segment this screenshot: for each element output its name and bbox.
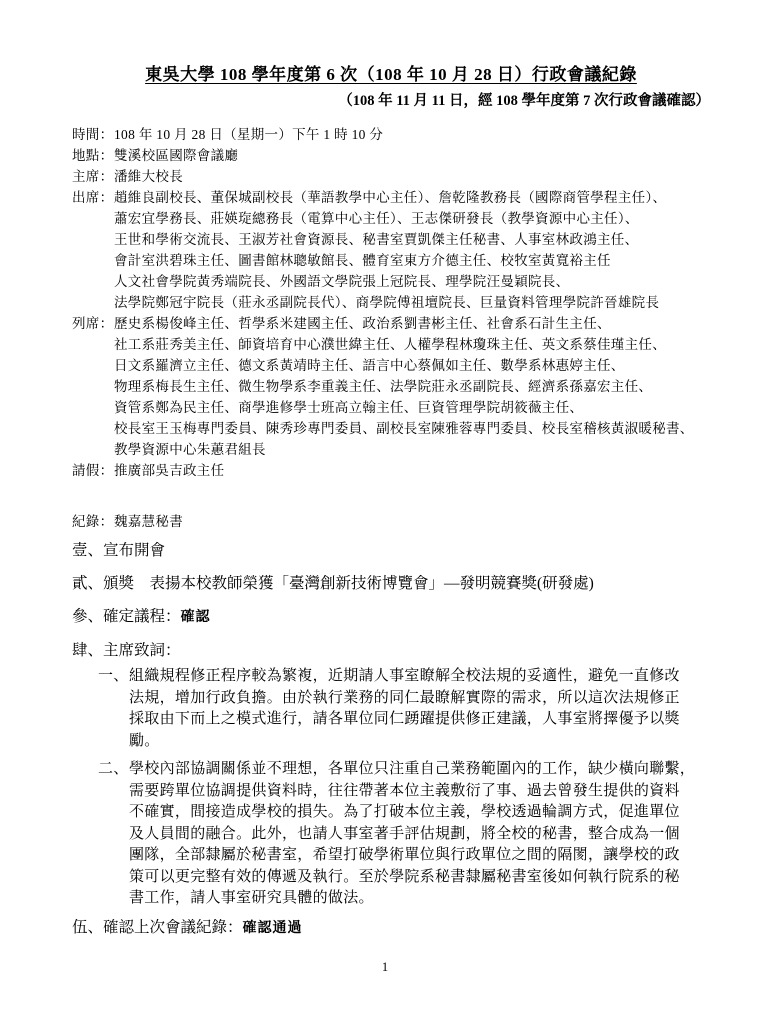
info-observers-label: 列席：	[72, 313, 114, 334]
agenda-item-5: 伍、確認上次會議紀錄：確認通過	[72, 917, 710, 940]
agenda-item-5-number: 伍、	[72, 919, 103, 936]
confirmation-note: （108 年 11 月 11 日，經 108 學年度第 7 次行政會議確認）	[72, 91, 710, 111]
info-chair-label: 主席：	[72, 166, 114, 187]
agenda-item-3-text: 確定議程：	[103, 608, 181, 625]
speech-paragraph-1: 一、 組織規程修正程序較為繁複，近期請人事室瞭解全校法規的妥適性，避免一直修改 …	[98, 666, 710, 752]
info-time-value: 108 年 10 月 28 日（星期一）下午 1 時 10 分	[114, 124, 710, 145]
paragraph-1-number: 一、	[98, 666, 129, 688]
observers-line: 社工系莊秀美主任、師資培育中心濮世緯主任、人權學程林瓊珠主任、英文系蔡佳瑾主任、	[114, 334, 710, 355]
info-location-value: 雙溪校區國際會議廳	[114, 145, 710, 166]
paragraph-line: 勵。	[129, 731, 710, 753]
agenda-item-5-result: 確認通過	[243, 921, 303, 936]
info-leave-row: 請假： 推廣部吳吉政主任	[72, 460, 710, 481]
paragraph-2-number: 二、	[98, 759, 129, 781]
paragraph-line: 採取由下而上之模式進行，請各單位同仁踴躍提供修正建議，人事室將擇優予以獎	[129, 709, 710, 731]
info-recorder-value: 魏嘉慧秘書	[114, 511, 710, 532]
info-location-row: 地點： 雙溪校區國際會議廳	[72, 145, 710, 166]
agenda-item-3-number: 參、	[72, 608, 103, 625]
info-attendees-row: 出席： 趙維良副校長、董保城副校長（華語教學中心主任）、詹乾隆教務長（國際商管學…	[72, 187, 710, 313]
paragraph-line: 不確實，間接造成學校的損失。為了打破本位主義，學校透過輪調方式，促進單位	[129, 802, 710, 824]
attendees-line: 趙維良副校長、董保城副校長（華語教學中心主任）、詹乾隆教務長（國際商管學程主任）…	[114, 187, 710, 208]
attendees-line: 會計室洪碧珠主任、圖書館林聰敏館長、體育室東方介德主任、校牧室黃寬裕主任	[114, 250, 710, 271]
observers-line: 日文系羅濟立主任、德文系黃靖時主任、語言中心蔡佩如主任、數學系林惠婷主任、	[114, 355, 710, 376]
page-number: 1	[0, 960, 770, 975]
info-location-label: 地點：	[72, 145, 114, 166]
speech-paragraph-2: 二、 學校內部協調關係並不理想，各單位只注重自己業務範圍內的工作，缺少橫向聯繫，…	[98, 759, 710, 910]
agenda-item-2-text: 頒獎 表揚本校教師榮獲「臺灣創新技術博覽會」—發明競賽獎(研發處)	[103, 575, 594, 592]
paragraph-line: 團隊，全部隸屬於秘書室，希望打破學術單位與行政單位之間的隔閡，讓學校的政	[129, 845, 710, 867]
agenda-item-2: 貳、頒獎 表揚本校教師榮獲「臺灣創新技術博覽會」—發明競賽獎(研發處)	[72, 573, 710, 595]
document-content: 東吳大學 108 學年度第 6 次（108 年 10 月 28 日）行政會議紀錄…	[72, 0, 710, 940]
agenda-item-1: 壹、宣布開會	[72, 540, 710, 562]
agenda-item-1-number: 壹、	[72, 542, 103, 559]
info-chair-row: 主席： 潘維大校長	[72, 166, 710, 187]
attendees-line: 人文社會學院黃秀端院長、外國語文學院張上冠院長、理學院汪曼穎院長、	[114, 271, 710, 292]
document-page: 東吳大學 108 學年度第 6 次（108 年 10 月 28 日）行政會議紀錄…	[0, 0, 770, 1024]
agenda-item-5-text: 確認上次會議紀錄：	[103, 919, 243, 936]
info-time-row: 時間： 108 年 10 月 28 日（星期一）下午 1 時 10 分	[72, 124, 710, 145]
document-title: 東吳大學 108 學年度第 6 次（108 年 10 月 28 日）行政會議紀錄	[72, 64, 710, 86]
info-leave-value: 推廣部吳吉政主任	[114, 460, 710, 481]
info-recorder-row: 紀錄： 魏嘉慧秘書	[72, 511, 710, 532]
info-chair-value: 潘維大校長	[114, 166, 710, 187]
paragraph-line: 策可以更完整有效的傳遞及執行。至於學院系秘書隸屬秘書室後如何執行院系的秘	[129, 867, 710, 889]
info-time-label: 時間：	[72, 124, 114, 145]
paragraph-1-lines: 組織規程修正程序較為繁複，近期請人事室瞭解全校法規的妥適性，避免一直修改 法規，…	[129, 666, 710, 752]
meeting-info: 時間： 108 年 10 月 28 日（星期一）下午 1 時 10 分 地點： …	[72, 124, 710, 532]
observers-line: 歷史系楊俊峰主任、哲學系米建國主任、政治系劉書彬主任、社會系石計生主任、	[114, 313, 710, 334]
agenda-section: 壹、宣布開會 貳、頒獎 表揚本校教師榮獲「臺灣創新技術博覽會」—發明競賽獎(研發…	[72, 540, 710, 940]
info-attendees-label: 出席：	[72, 187, 114, 208]
paragraph-line: 及人員間的融合。此外，也請人事室著手評估規劃，將全校的秘書，整合成為一個	[129, 824, 710, 846]
paragraph-line: 書工作，請人事室研究具體的做法。	[129, 888, 710, 910]
chair-speech: 一、 組織規程修正程序較為繁複，近期請人事室瞭解全校法規的妥適性，避免一直修改 …	[72, 666, 710, 910]
agenda-item-3-result: 確認	[181, 610, 211, 625]
agenda-item-4: 肆、主席致詞：	[72, 640, 710, 662]
paragraph-line: 需要跨單位協調提供資料時，往往帶著本位主義敷衍了事、過去曾發生提供的資料	[129, 781, 710, 803]
attendees-line: 蕭宏宜學務長、莊媖琁總務長（電算中心主任）、王志傑研發長（教學資源中心主任）、	[114, 208, 710, 229]
agenda-item-3: 參、確定議程：確認	[72, 606, 710, 629]
info-recorder-label: 紀錄：	[72, 511, 114, 532]
agenda-item-4-text: 主席致詞：	[103, 642, 181, 659]
paragraph-line: 學校內部協調關係並不理想，各單位只注重自己業務範圍內的工作，缺少橫向聯繫，	[129, 759, 710, 781]
attendees-list: 趙維良副校長、董保城副校長（華語教學中心主任）、詹乾隆教務長（國際商管學程主任）…	[114, 187, 710, 313]
attendees-line: 法學院鄭冠宇院長（莊永丞副院長代）、商學院傅祖壇院長、巨量資料管理學院許晉雄院長	[114, 292, 710, 313]
agenda-item-1-text: 宣布開會	[103, 542, 165, 559]
info-leave-label: 請假：	[72, 460, 114, 481]
observers-list: 歷史系楊俊峰主任、哲學系米建國主任、政治系劉書彬主任、社會系石計生主任、 社工系…	[114, 313, 710, 460]
agenda-item-4-number: 肆、	[72, 642, 103, 659]
attendees-line: 王世和學術交流長、王淑芳社會資源長、秘書室賈凱傑主任秘書、人事室林政鴻主任、	[114, 229, 710, 250]
paragraph-line: 法規，增加行政負擔。由於執行業務的同仁最瞭解實際的需求，所以這次法規修正	[129, 688, 710, 710]
observers-line: 教學資源中心朱蕙君組長	[114, 439, 710, 460]
agenda-item-2-number: 貳、	[72, 575, 103, 592]
info-observers-row: 列席： 歷史系楊俊峰主任、哲學系米建國主任、政治系劉書彬主任、社會系石計生主任、…	[72, 313, 710, 460]
observers-line: 校長室王玉梅專門委員、陳秀珍專門委員、副校長室陳雅蓉專門委員、校長室稽核黃淑暖秘…	[114, 418, 710, 439]
paragraph-line: 組織規程修正程序較為繁複，近期請人事室瞭解全校法規的妥適性，避免一直修改	[129, 666, 710, 688]
paragraph-2-lines: 學校內部協調關係並不理想，各單位只注重自己業務範圍內的工作，缺少橫向聯繫， 需要…	[129, 759, 710, 910]
observers-line: 物理系梅長生主任、微生物學系李重義主任、法學院莊永丞副院長、經濟系孫嘉宏主任、	[114, 376, 710, 397]
observers-line: 資管系鄭為民主任、商學進修學士班高立翰主任、巨資管理學院胡筱薇主任、	[114, 397, 710, 418]
